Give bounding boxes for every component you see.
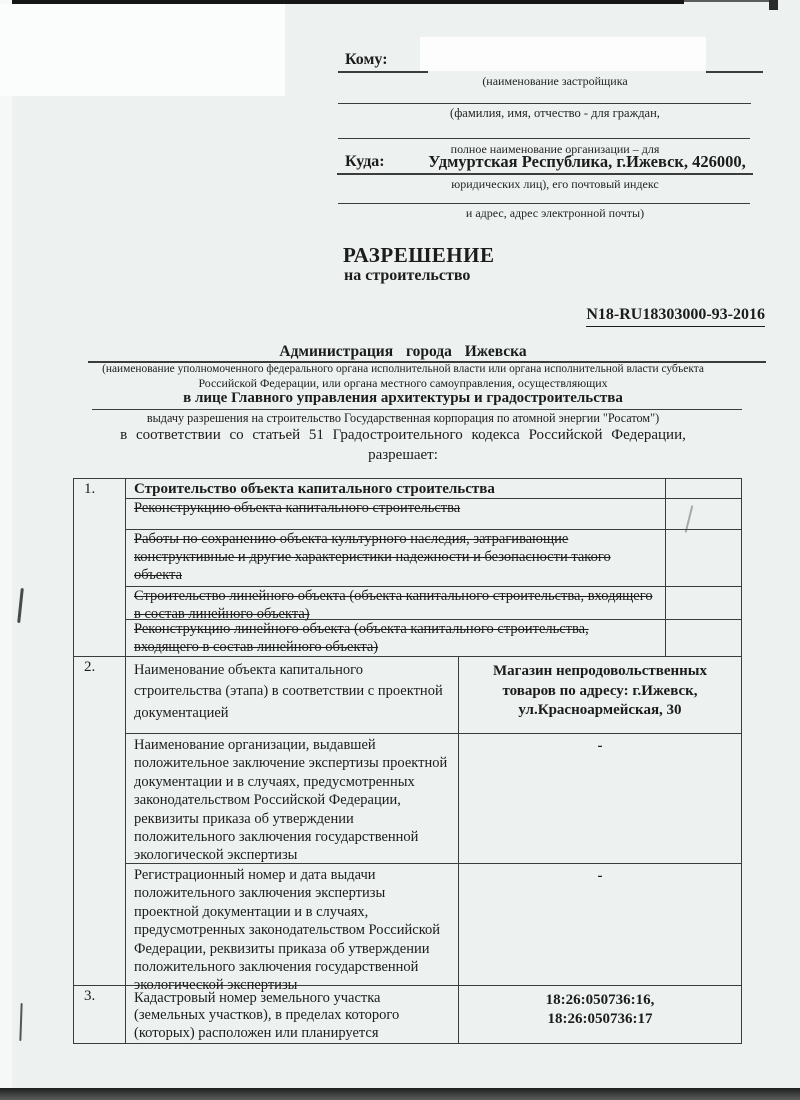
construction-type-active: Строительство объекта капитального строи…	[126, 479, 665, 498]
object-name-value: Магазин непродовольственных товаров по а…	[459, 657, 741, 733]
narrow-cell	[665, 530, 741, 586]
scan-edge-bottom	[0, 1088, 800, 1100]
document-title: РАЗРЕШЕНИЕ	[343, 243, 494, 268]
scanned-permit-document: Кому: (наименование застройщика (фамилия…	[0, 0, 800, 1100]
cadastral-number-line-2: 18:26:050736:17	[467, 1010, 733, 1029]
table-row: Строительство объекта капитального строи…	[126, 479, 741, 499]
rule-address	[338, 203, 750, 205]
table-row: Реконструкцию объекта капитального строи…	[126, 499, 741, 530]
cadastral-number-label: Кадастровый номер земельного участка (зе…	[126, 986, 459, 1043]
cadastral-number-value: 18:26:050736:16, 18:26:050736:17	[459, 986, 741, 1043]
komu-hint: (наименование застройщика	[420, 74, 690, 89]
cadastral-number-line-1: 18:26:050736:16,	[467, 991, 733, 1010]
section-3-number: 3.	[74, 986, 126, 1043]
scan-edge-top-thin	[684, 0, 778, 2]
fio-hint: (фамилия, имя, отчество - для граждан,	[390, 106, 720, 121]
construction-type-struck: Строительство линейного объекта (объекта…	[126, 587, 665, 619]
komu-underline-right	[706, 71, 763, 73]
authority-statement: в соответствии со статьей 51 Градостроит…	[40, 427, 766, 444]
table-row: Наименование объекта капитального строит…	[126, 657, 741, 734]
narrow-cell	[665, 587, 741, 619]
narrow-cell	[665, 620, 741, 656]
pen-mark-left-upper	[17, 588, 23, 623]
table-row: Регистрационный номер и дата выдачи поло…	[126, 864, 741, 985]
narrow-cell	[665, 479, 741, 498]
authority-hint-1: (наименование уполномоченного федерально…	[40, 363, 766, 375]
komu-label: Кому:	[345, 51, 388, 69]
table-row: Кадастровый номер земельного участка (зе…	[126, 986, 741, 1043]
section-1-number: 1.	[74, 479, 126, 656]
table-row: Реконструкцию линейного объекта (объекта…	[126, 620, 741, 656]
kuda-value: Удмуртская Республика, г.Ижевск, 426000,	[412, 152, 762, 172]
registration-number-value: -	[459, 864, 741, 985]
table-row: Строительство линейного объекта (объекта…	[126, 587, 741, 620]
document-subtitle: на строительство	[344, 267, 470, 285]
postal-hint: юридических лиц), его почтовый индекс	[390, 177, 720, 192]
table-row: Наименование организации, выдавшей полож…	[126, 734, 741, 864]
authority-name: Администрация города Ижевска	[40, 343, 766, 361]
permit-number: N18-RU18303000-93-2016	[586, 306, 765, 327]
rule-fio	[338, 103, 751, 105]
scan-left-edge	[0, 0, 12, 1100]
table-section-1: 1. Строительство объекта капитального ст…	[74, 479, 741, 656]
redaction-top-left	[0, 4, 285, 96]
construction-type-struck: Реконструкцию объекта капитального строи…	[126, 499, 665, 529]
section-2-rows: Наименование объекта капитального строит…	[126, 657, 741, 985]
scan-corner-mark	[769, 0, 778, 10]
registration-number-label: Регистрационный номер и дата выдачи поло…	[126, 864, 459, 985]
section-2-number: 2.	[74, 657, 126, 985]
pen-mark-left-lower	[19, 1003, 22, 1041]
authority-in-face: в лице Главного управления архитектуры и…	[40, 390, 766, 407]
kuda-underline	[337, 173, 753, 175]
table-section-2: 2. Наименование объекта капитального стр…	[74, 656, 741, 985]
authority-hint-3: выдачу разрешения на строительство Госуд…	[40, 411, 766, 426]
permit-table: 1. Строительство объекта капитального ст…	[73, 478, 742, 1044]
construction-type-struck: Реконструкцию линейного объекта (объекта…	[126, 620, 665, 656]
komu-underline-left	[338, 71, 428, 73]
expertise-org-value: -	[459, 734, 741, 863]
section-3-rows: Кадастровый номер земельного участка (зе…	[126, 986, 741, 1043]
construction-type-struck: Работы по сохранению объекта культурного…	[126, 530, 665, 586]
section-1-rows: Строительство объекта капитального строи…	[126, 479, 741, 656]
rule-org	[338, 138, 750, 140]
narrow-cell	[665, 499, 741, 529]
expertise-org-label: Наименование организации, выдавшей полож…	[126, 734, 459, 863]
redaction-komu-value	[420, 37, 706, 71]
authority-rule-2	[92, 409, 742, 411]
object-name-label: Наименование объекта капитального строит…	[126, 657, 459, 733]
permit-number-wrap: N18-RU18303000-93-2016	[420, 306, 765, 327]
table-section-3: 3. Кадастровый номер земельного участка …	[74, 985, 741, 1043]
authority-hint-2: Российской Федерации, или органа местног…	[40, 376, 766, 391]
address-hint: и адрес, адрес электронной почты)	[390, 206, 720, 221]
authority-permits-word: разрешает:	[40, 447, 766, 464]
table-row: Работы по сохранению объекта культурного…	[126, 530, 741, 587]
kuda-label: Куда:	[345, 153, 385, 171]
